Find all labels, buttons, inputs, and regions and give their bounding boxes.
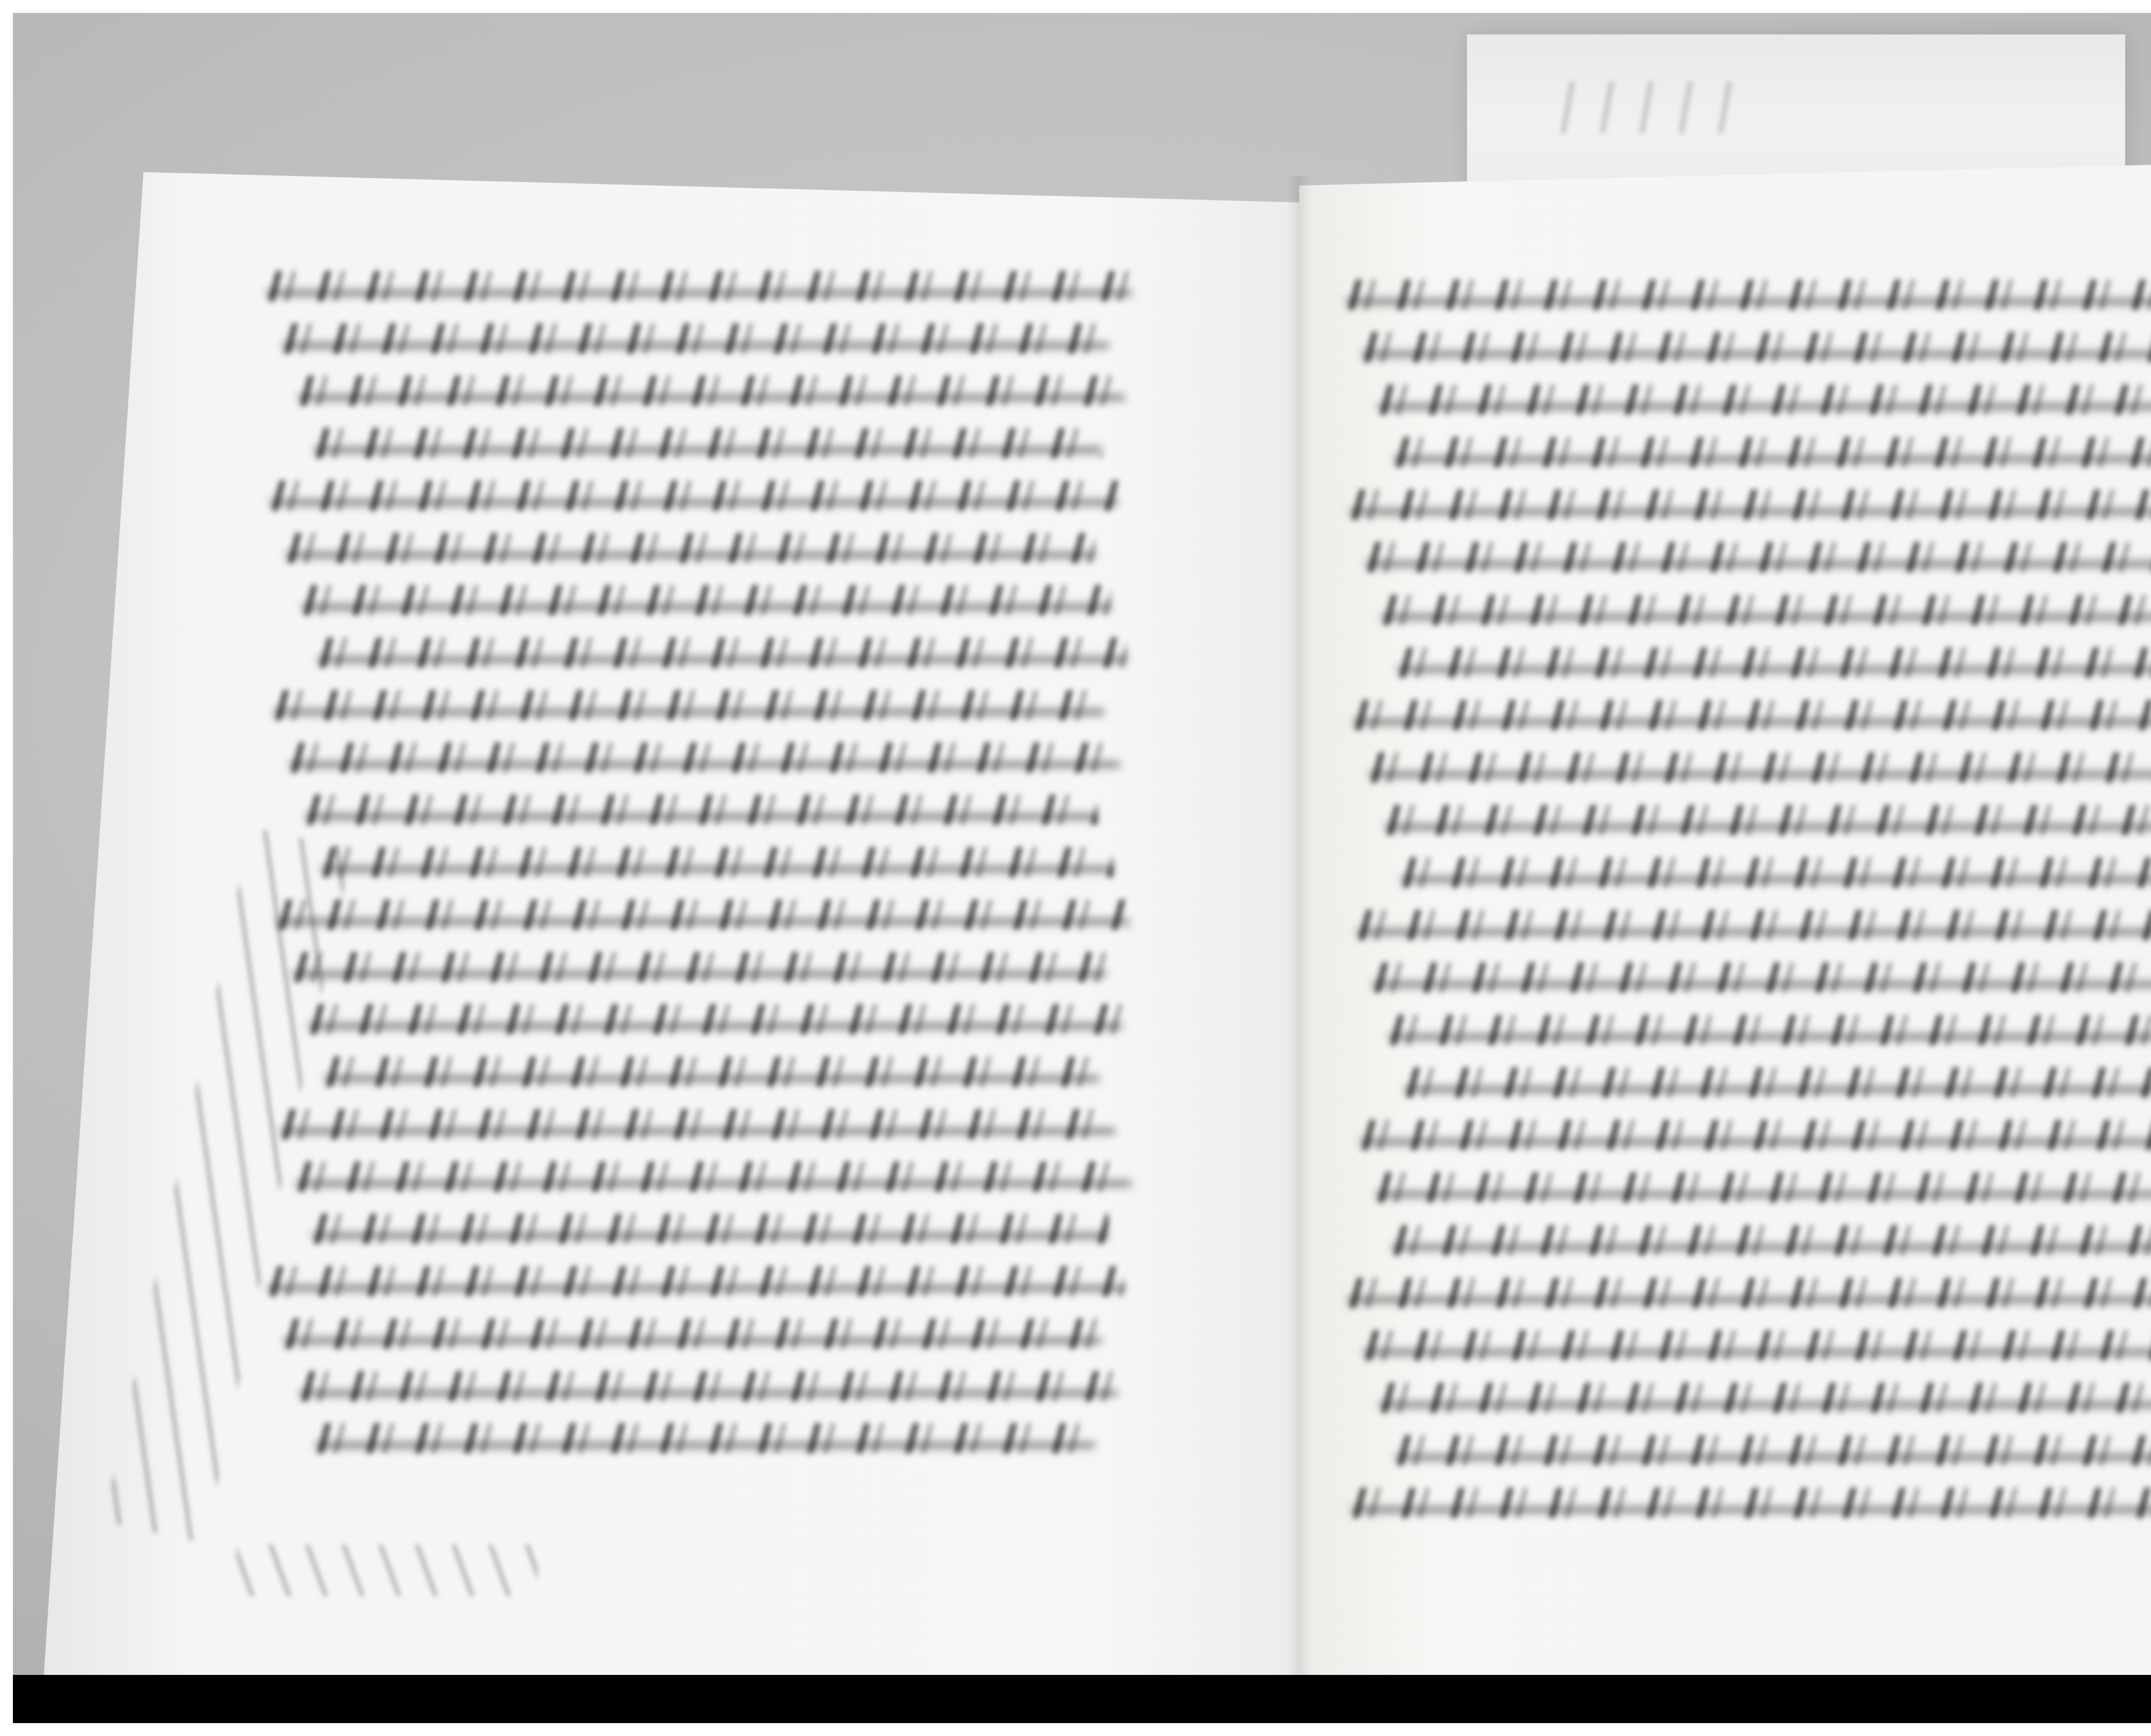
- manuscript-line: [1347, 280, 2151, 310]
- manuscript-line: [1405, 1067, 2151, 1098]
- manuscript-line: [296, 1162, 1131, 1192]
- manuscript-line: [1378, 385, 2151, 415]
- manuscript-line: [1353, 700, 2151, 730]
- manuscript-line: [280, 1109, 1115, 1139]
- manuscript-line: [1357, 910, 2151, 940]
- manuscript-line: [321, 847, 1113, 877]
- manuscript-line: [1364, 1330, 2151, 1360]
- manuscript-line: [267, 271, 1131, 301]
- manuscript-line: [1369, 752, 2151, 783]
- manuscript-line: [277, 900, 1129, 930]
- manuscript-line: [270, 481, 1118, 511]
- manuscript-line: [302, 585, 1111, 615]
- manuscript-line: [1398, 648, 2151, 678]
- manuscript-line: [1380, 1383, 2151, 1413]
- manuscript-line: [312, 1214, 1108, 1244]
- manuscript-line: [1392, 1225, 2151, 1255]
- manuscript-line: [290, 743, 1120, 773]
- manuscript-line: [286, 533, 1095, 563]
- manuscript-line: [1366, 542, 2151, 572]
- manuscript-line: [299, 376, 1125, 406]
- manuscript-line: [1362, 332, 2151, 362]
- manuscript-line: [1394, 437, 2151, 467]
- manuscript-line: [1348, 1278, 2151, 1308]
- manuscript-line: [1401, 857, 2151, 888]
- manuscript-line: [1360, 1120, 2151, 1150]
- manuscript-line: [274, 690, 1104, 720]
- manuscript-line: [293, 952, 1106, 982]
- manuscript-line: [268, 1266, 1124, 1296]
- manuscript-line: [1382, 595, 2151, 625]
- shelfmark-handwriting: [1553, 82, 1734, 133]
- manuscript-line: [1373, 962, 2151, 993]
- manuscript-line: [309, 1004, 1122, 1034]
- manuscript-line: [305, 795, 1097, 825]
- manuscript-line: [1376, 1172, 2151, 1203]
- manuscript-line: [1351, 1488, 2151, 1518]
- manuscript-line: [300, 1371, 1117, 1401]
- manuscript-line: [314, 428, 1102, 458]
- manuscript-line: [1350, 490, 2151, 520]
- shelfmark-label: [1467, 34, 2125, 189]
- manuscript-line: [284, 1319, 1101, 1349]
- bottom-margin-note: [237, 1545, 538, 1596]
- manuscript-line: [316, 1423, 1094, 1453]
- book-gutter: [1286, 176, 1312, 1682]
- manuscript-line: [283, 324, 1109, 354]
- manuscript-line: [1389, 1015, 2151, 1045]
- right-page-text: [1347, 280, 2151, 1540]
- bottom-black-bar: [13, 1675, 2151, 1723]
- photo-frame: [13, 13, 2151, 1723]
- manuscript-line: [325, 1057, 1099, 1087]
- manuscript-line: [318, 638, 1127, 668]
- manuscript-line: [1396, 1435, 2151, 1465]
- left-page-text: [267, 271, 1131, 1476]
- manuscript-line: [1385, 805, 2151, 835]
